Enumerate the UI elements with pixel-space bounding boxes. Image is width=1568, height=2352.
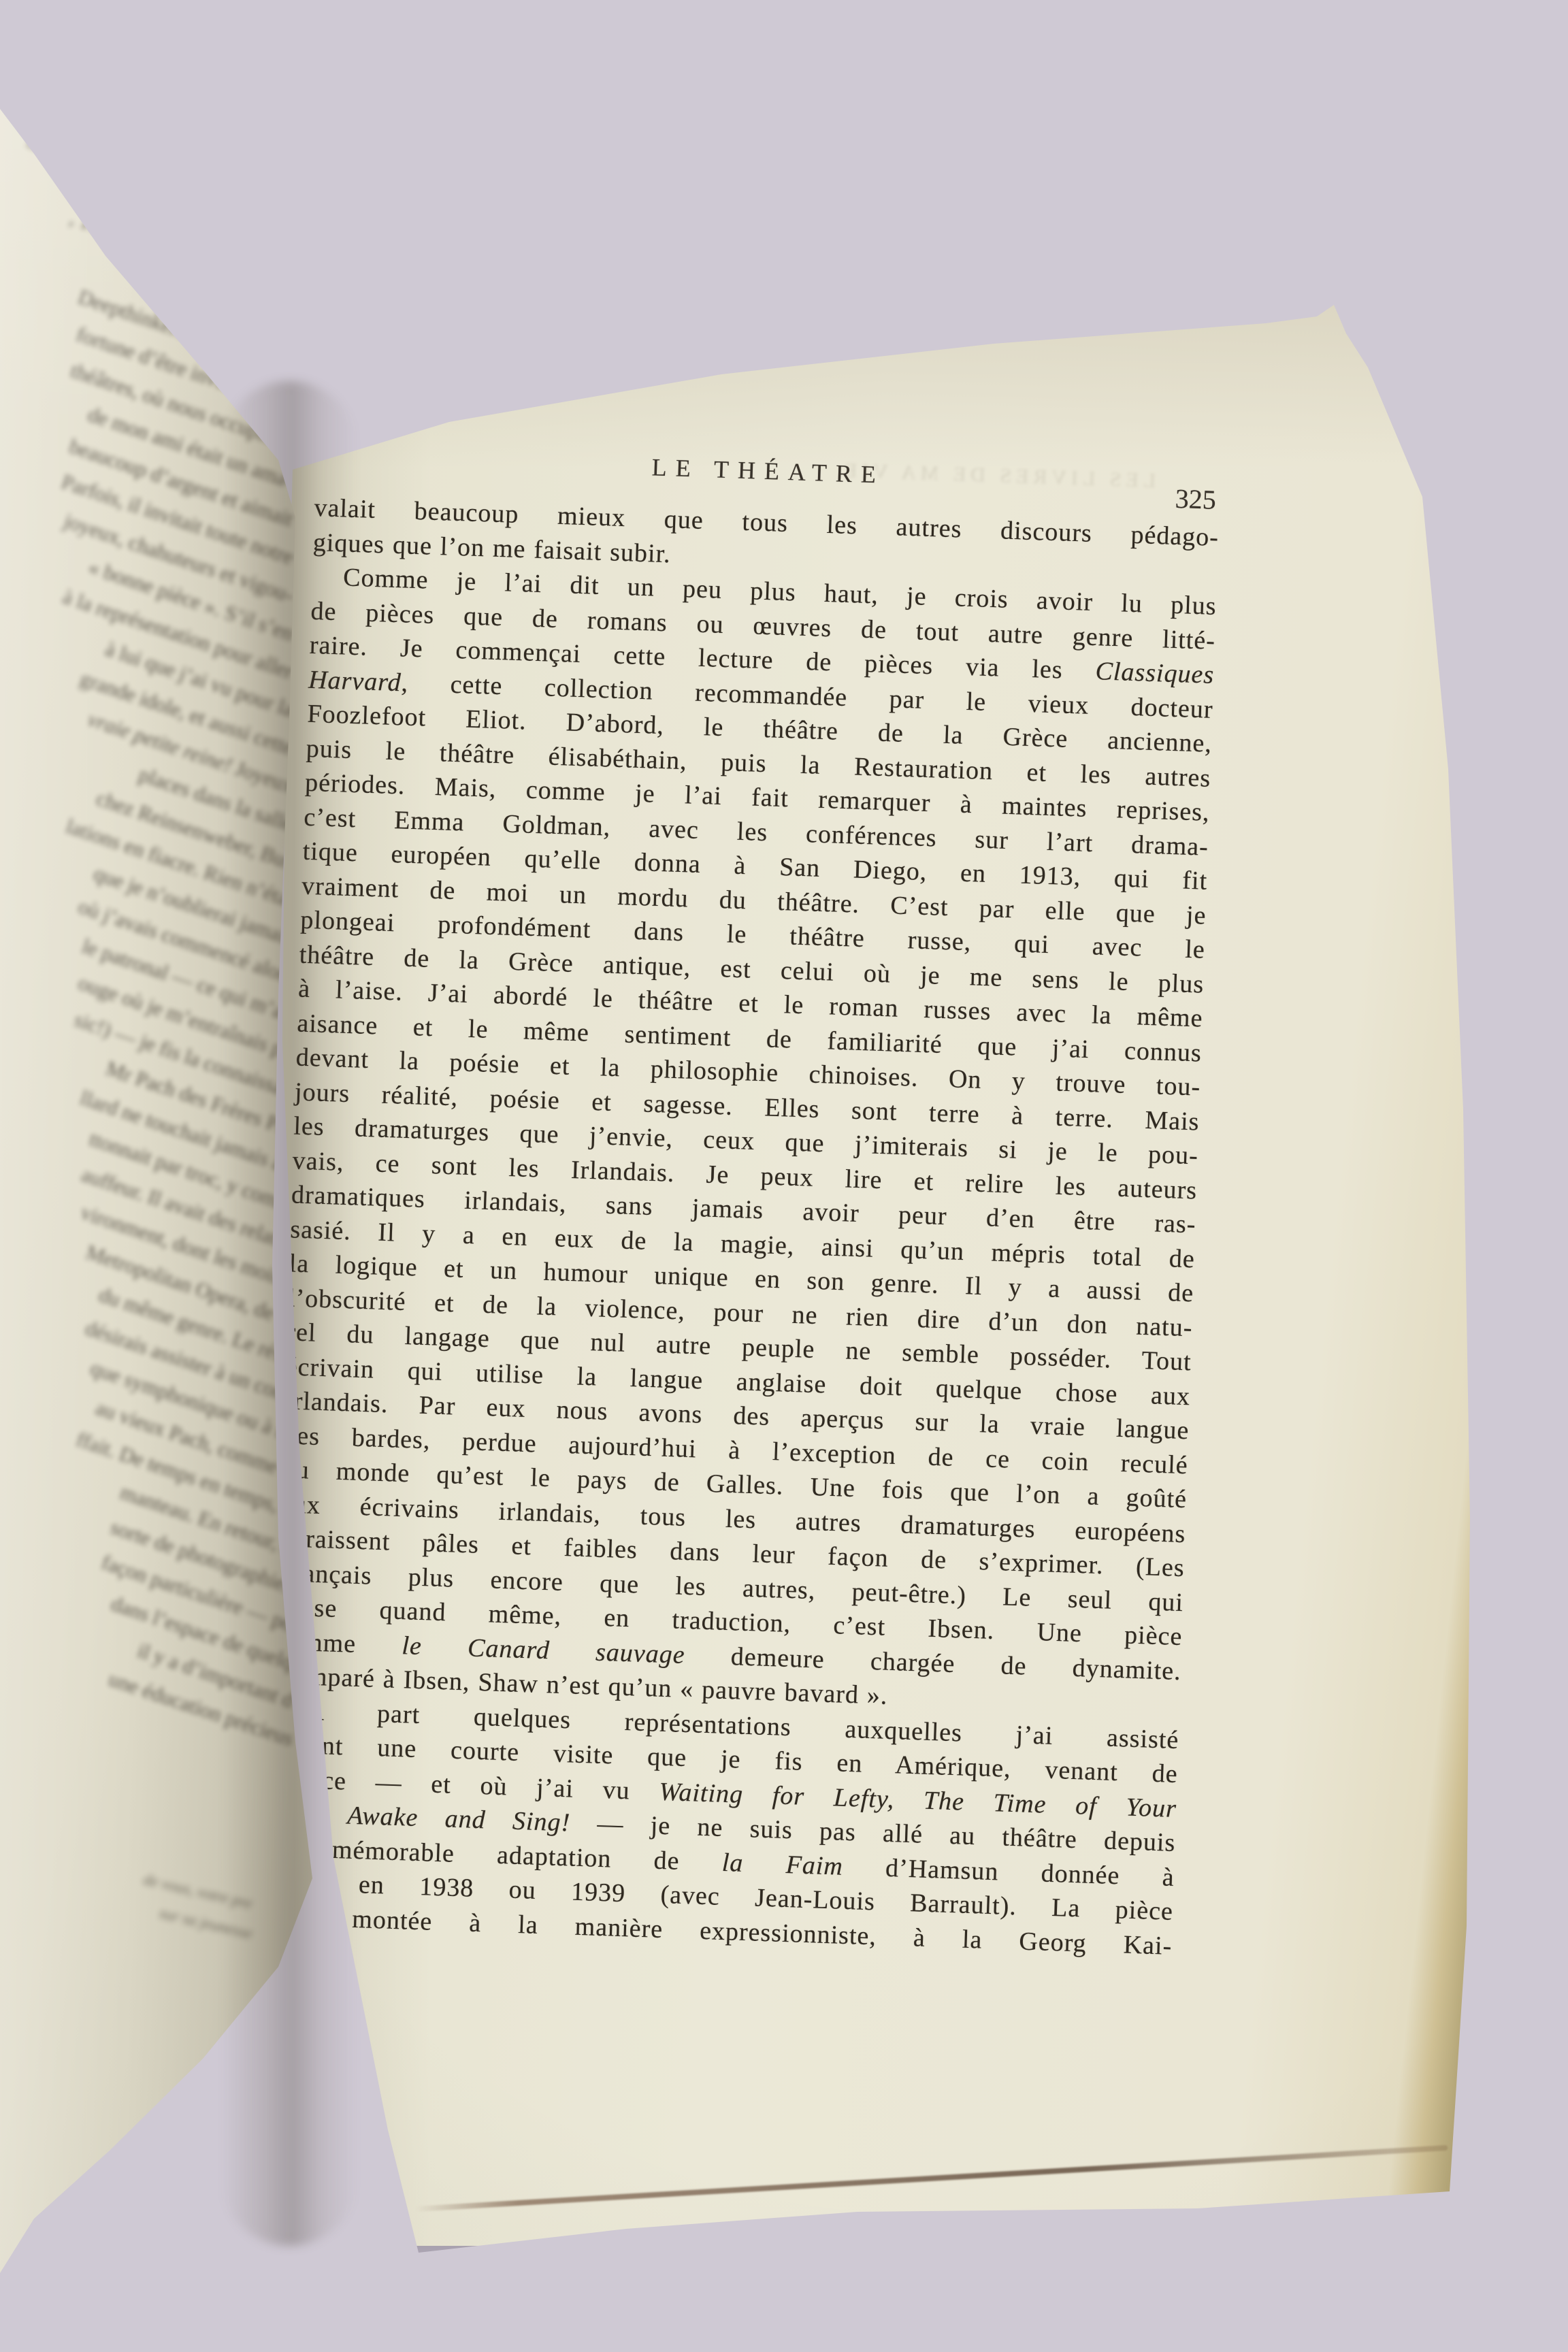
left-page-lines: , The Better ’Ole, Man of thown.Deepthin… [7, 279, 293, 1844]
book-photo-scene: DE MA VIE , The Better ’Ole, Man of thow… [0, 0, 1568, 2352]
left-running-header: DE MA VIE [22, 128, 220, 234]
page-text-block: LES LIVRES DE MA VIE LE THÉATRE 325 vala… [267, 439, 1221, 1963]
page-number: 325 [1175, 483, 1217, 516]
page-bottom-edge [415, 2145, 1448, 2212]
right-page: LES LIVRES DE MA VIE LE THÉATRE 325 vala… [245, 293, 1484, 2246]
running-head-row: LES LIVRES DE MA VIE LE THÉATRE 325 [315, 439, 1221, 503]
body-text: valait beaucoup mieux que tous les autre… [267, 491, 1220, 1963]
left-page-text-fragment: , The Better ’Ole, Man of th [67, 206, 297, 303]
footnote-fragment: de vous, votre pre [142, 1871, 254, 1913]
left-page-text-fragment: own. [250, 305, 297, 341]
